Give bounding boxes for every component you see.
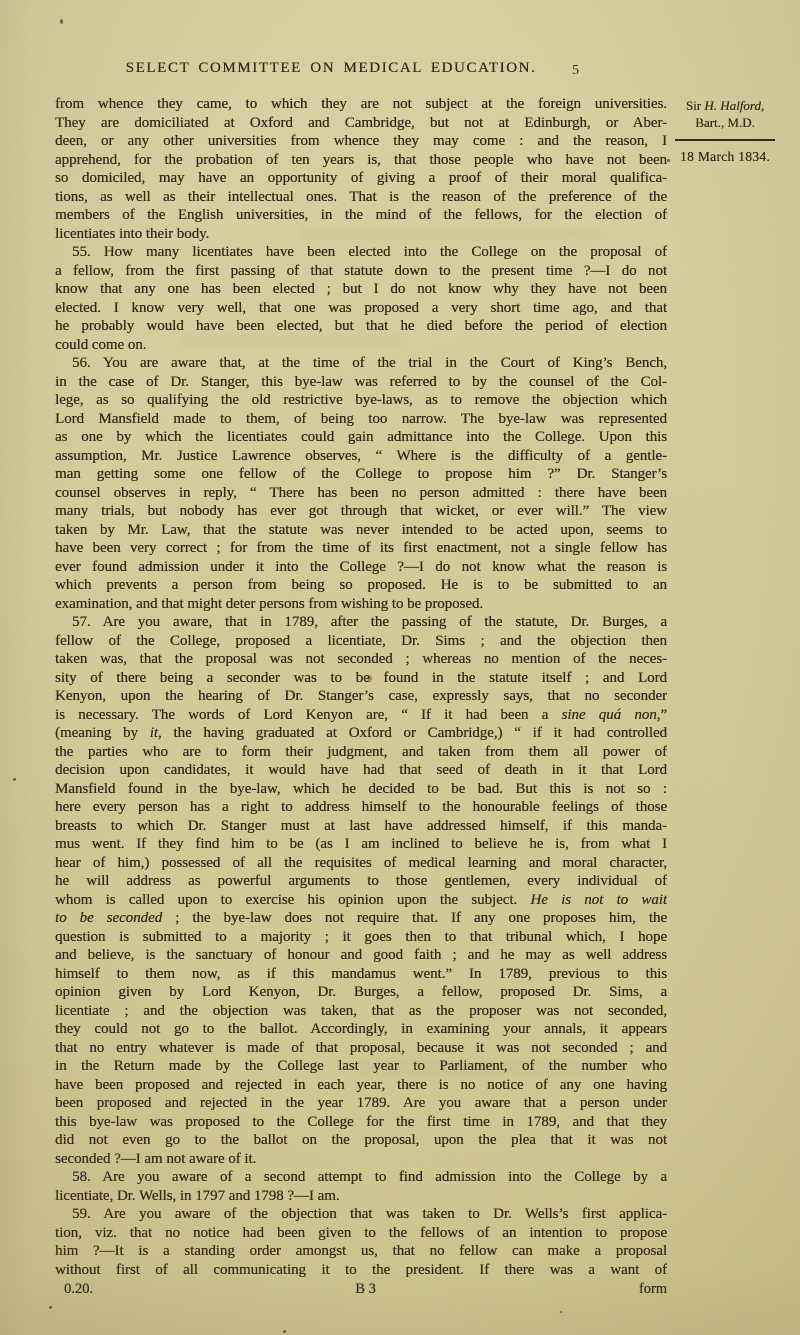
text-line: tions, as well as their intellectual one… (55, 188, 667, 207)
text-line: without first of all communicating it to… (55, 1261, 667, 1280)
text-line: as one by which the licentiates could ga… (55, 428, 667, 447)
margin-rule (675, 139, 775, 141)
text-line: hear of him,) possessed of all the requi… (55, 854, 667, 873)
page-footer: 0.20. B 3 form (55, 1281, 667, 1298)
text-line: in the case of Dr. Stanger, this bye-law… (55, 373, 667, 392)
body-text: from whence they came, to which they are… (55, 95, 667, 1279)
text-line: members of the English universities, in … (55, 206, 667, 225)
ink-speck (49, 1306, 52, 1309)
text-line: so domiciled, may have an opportunity of… (55, 169, 667, 188)
text-line: he probably would have been elected, but… (55, 317, 667, 336)
text-line: Kenyon, upon the hearing of Dr. Stanger’… (55, 687, 667, 706)
text-line: fellow of the College, proposed a licent… (55, 632, 667, 651)
text-line: been proposed and rejected in the year 1… (55, 1094, 667, 1113)
text-line: decision upon candidates, it would have … (55, 761, 667, 780)
text-line: to be seconded ; the bye-law does not re… (55, 909, 667, 928)
text-line: assumption, Mr. Justice Lawrence observe… (55, 447, 667, 466)
text-line: man getting some one fellow of the Colle… (55, 465, 667, 484)
margin-witness-line: Sir H. Halford, (662, 97, 788, 114)
paper-number: 0.20. (55, 1281, 224, 1298)
text-line: 55. How many licentiates have been elect… (55, 243, 667, 262)
text-line: question is submitted to a majority ; it… (55, 928, 667, 947)
text-line: mus went. If they find him to be (as I a… (55, 835, 667, 854)
text-line: could come on. (55, 336, 667, 355)
witness-name: H. Halford, (704, 98, 764, 113)
text-line: have been proposed and rejected in each … (55, 1076, 667, 1095)
text-line: that no entry whatever is made of that p… (55, 1039, 667, 1058)
text-line: sity of there being a seconder was to be… (55, 669, 667, 688)
text-line: in the Return made by the College last y… (55, 1057, 667, 1076)
text-line: breasts to which Dr. Stanger must at las… (55, 817, 667, 836)
text-line: licentiates into their body. (55, 225, 667, 244)
text-line: licentiate ; and the objection was taken… (55, 1002, 667, 1021)
text-line: from whence they came, to which they are… (55, 95, 667, 114)
text-line: they could not go to the ballot. Accordi… (55, 1020, 667, 1039)
text-line: a fellow, from the first passing of that… (55, 262, 667, 281)
text-line: deen, or any other universities from whe… (55, 132, 667, 151)
margin-note: Sir H. Halford, Bart., M.D. 18 March 183… (662, 97, 788, 165)
witness-title: Bart., M.D. (662, 114, 788, 131)
text-line: here every person has a right to address… (55, 798, 667, 817)
text-line: himself to them now, as if this mandamus… (55, 965, 667, 984)
italic-phrase: sine quá non (562, 707, 657, 723)
italic-phrase: to be seconded (55, 910, 162, 926)
text-line: this bye-law was proposed to the College… (55, 1113, 667, 1132)
text-line: Mansfield found in the bye-law, which he… (55, 780, 667, 799)
text-line: seconded ?—I am not aware of it. (55, 1150, 667, 1169)
ink-speck (60, 19, 63, 24)
text-line: tion, viz. that no notice had been given… (55, 1224, 667, 1243)
text-line: have been very correct ; for from the ti… (55, 539, 667, 558)
text-line: which prevents a person from being so pr… (55, 576, 667, 595)
text-line: the parties who are to form their judgme… (55, 743, 667, 762)
text-line: counsel observes in reply, “ There has b… (55, 484, 667, 503)
italic-phrase: He is not to wait (530, 892, 667, 908)
text-line: ever found admission under it into the C… (55, 558, 667, 577)
text-line: he will address as powerful arguments to… (55, 872, 667, 891)
text-line: They are domiciliated at Oxford and Camb… (55, 114, 667, 133)
text-line: know that any one has been elected ; but… (55, 280, 667, 299)
margin-date: 18 March 1834. (662, 148, 788, 165)
ink-speck (560, 1311, 562, 1313)
text-line: elected. I know very well, that one was … (55, 299, 667, 318)
ink-speck (13, 778, 16, 781)
text-line: 56. You are aware that, at the time of t… (55, 354, 667, 373)
text-line: examination, and that might deter person… (55, 595, 667, 614)
text-line: Lord Mansfield made to them, of being to… (55, 410, 667, 429)
text-line: lege, as so qualifying the old restricti… (55, 391, 667, 410)
italic-phrase: it (150, 725, 158, 741)
text-line: opinion given by Lord Kenyon, Dr. Burges… (55, 983, 667, 1002)
signature-mark: B 3 (224, 1281, 507, 1298)
page-header-title: SELECT COMMITTEE ON MEDICAL EDUCATION. (75, 60, 587, 77)
text-line: taken by Mr. Law, that the statute was n… (55, 521, 667, 540)
text-line: and believe, is the sanctuary of honour … (55, 946, 667, 965)
ink-speck (283, 1330, 286, 1333)
text-line: apprehend, for the probation of ten year… (55, 151, 667, 170)
witness-prefix: Sir (686, 98, 701, 113)
page-number: 5 (572, 63, 579, 79)
text-line: licentiate, Dr. Wells, in 1797 and 1798 … (55, 1187, 667, 1206)
text-line: did not even go to the ballot on the pro… (55, 1131, 667, 1150)
text-line: him ?—It is a standing order amongst us,… (55, 1242, 667, 1261)
text-line: is necessary. The words of Lord Kenyon a… (55, 706, 667, 725)
text-line: (meaning by it, the having graduated at … (55, 724, 667, 743)
text-line: whom is called upon to exercise his opin… (55, 891, 667, 910)
text-line: many trials, but nobody has ever got thr… (55, 502, 667, 521)
text-line: taken was, that the proposal was not sec… (55, 650, 667, 669)
document-page: SELECT COMMITTEE ON MEDICAL EDUCATION. 5… (0, 0, 800, 1335)
text-line: 57. Are you aware, that in 1789, after t… (55, 613, 667, 632)
text-line: 59. Are you aware of the objection that … (55, 1205, 667, 1224)
catchword: form (507, 1281, 667, 1298)
text-line: 58. Are you aware of a second attempt to… (55, 1168, 667, 1187)
